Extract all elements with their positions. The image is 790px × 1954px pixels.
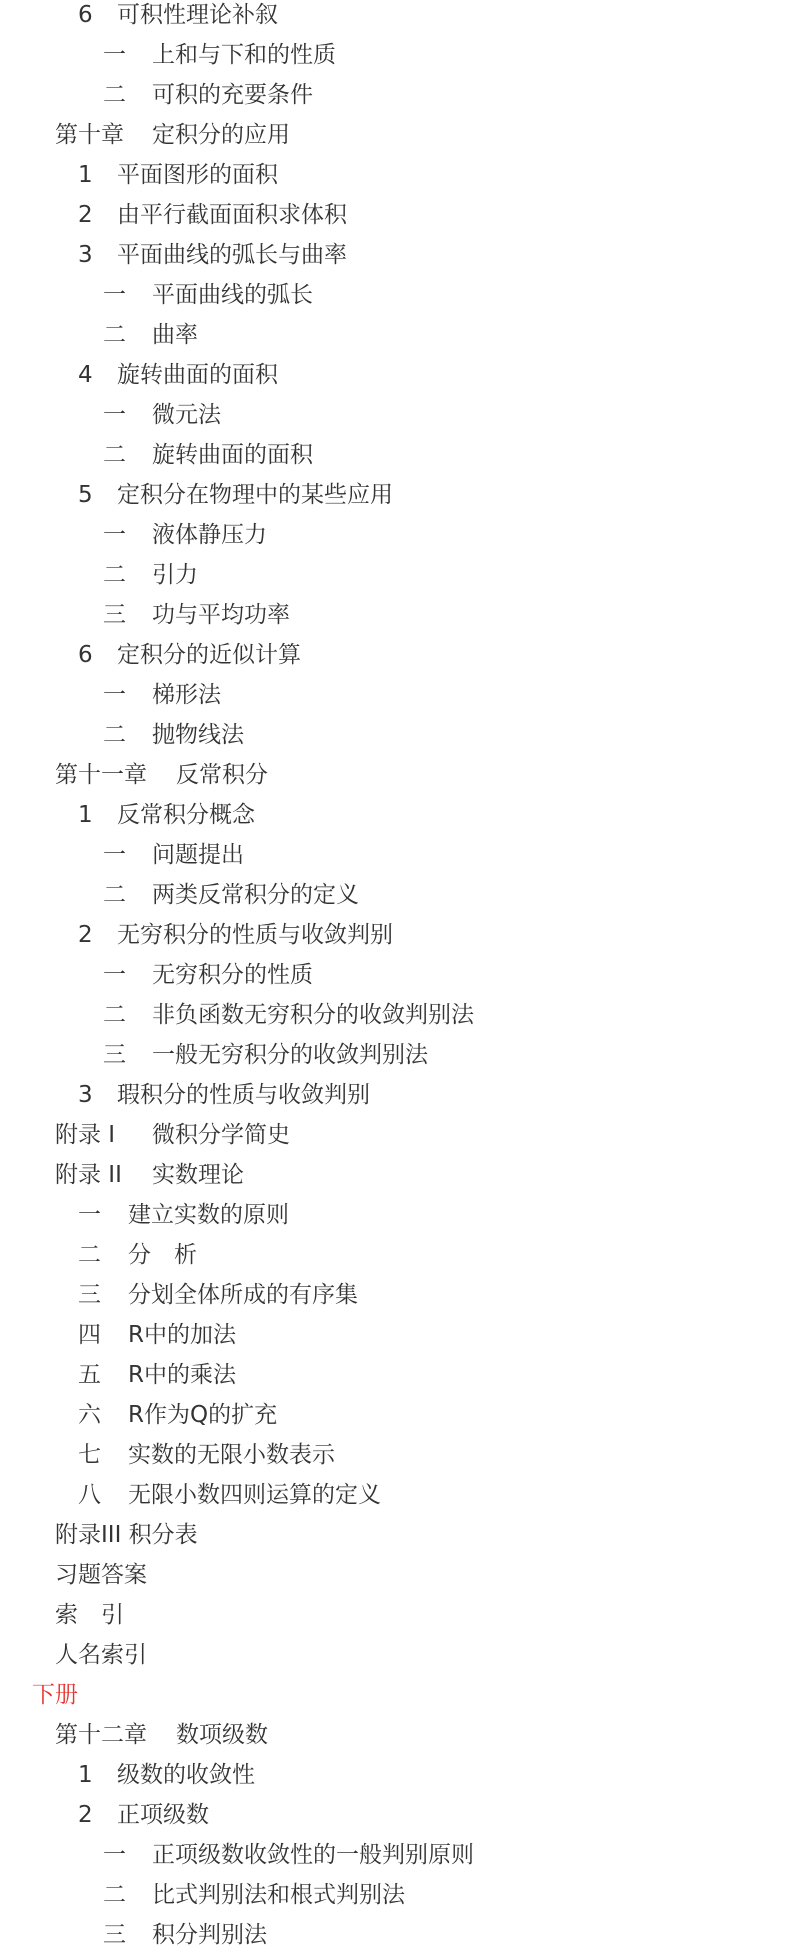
subsection-entry[interactable]: 一梯形法	[0, 675, 790, 715]
entry-title: 平面曲线的弧长	[152, 275, 313, 315]
subsection-entry[interactable]: 二非负函数无穷积分的收敛判别法	[0, 995, 790, 1035]
entry-title: 旋转曲面的面积	[152, 435, 313, 475]
section-entry[interactable]: 2无穷积分的性质与收敛判别	[0, 915, 790, 955]
entry-number: 二	[103, 715, 126, 755]
entry-title: 定积分的近似计算	[117, 635, 301, 675]
entry-number: 一	[103, 35, 126, 75]
entry-title: 无限小数四则运算的定义	[128, 1475, 381, 1515]
entry-title: 分 析	[128, 1235, 197, 1275]
entry-number: 三	[78, 1275, 101, 1315]
entry-number: 2	[78, 195, 93, 235]
entry-title: 人名索引	[55, 1635, 147, 1675]
appendix-subsection-entry[interactable]: 二分 析	[0, 1235, 790, 1275]
subsection-entry[interactable]: 二抛物线法	[0, 715, 790, 755]
appendix-subsection-entry[interactable]: 一建立实数的原则	[0, 1195, 790, 1235]
subsection-entry[interactable]: 三功与平均功率	[0, 595, 790, 635]
entry-title: 瑕积分的性质与收敛判别	[117, 1075, 370, 1115]
subsection-entry[interactable]: 一上和与下和的性质	[0, 35, 790, 75]
entry-title: 液体静压力	[152, 515, 267, 555]
entry-number: 二	[103, 875, 126, 915]
subsection-entry[interactable]: 一问题提出	[0, 835, 790, 875]
section-entry[interactable]: 3瑕积分的性质与收敛判别	[0, 1075, 790, 1115]
entry-title: 下册	[32, 1675, 78, 1715]
entry-number: 附录 II	[55, 1155, 122, 1195]
entry-number: 6	[78, 0, 93, 35]
entry-number: 1	[78, 1755, 93, 1795]
entry-number: 一	[103, 515, 126, 555]
entry-number: 五	[78, 1355, 101, 1395]
section-entry[interactable]: 1级数的收敛性	[0, 1755, 790, 1795]
entry-number: 6	[78, 635, 93, 675]
entry-title: 积分判别法	[152, 1915, 267, 1954]
entry-title: 平面曲线的弧长与曲率	[117, 235, 347, 275]
entry-title: R作为Q的扩充	[128, 1395, 277, 1435]
entry-number: 三	[103, 1035, 126, 1075]
entry-title: 附录III 积分表	[55, 1515, 198, 1555]
subsection-entry[interactable]: 二可积的充要条件	[0, 75, 790, 115]
appendix-subsection-entry[interactable]: 七实数的无限小数表示	[0, 1435, 790, 1475]
entry-number: 2	[78, 1795, 93, 1835]
entry-number: 一	[103, 395, 126, 435]
entry-number: 一	[103, 955, 126, 995]
entry-title: 抛物线法	[152, 715, 244, 755]
chapter-entry[interactable]: 附录 I微积分学简史	[0, 1115, 790, 1155]
chapter-entry[interactable]: 第十章定积分的应用	[0, 115, 790, 155]
entry-title: 梯形法	[152, 675, 221, 715]
entry-title: R中的乘法	[128, 1355, 236, 1395]
entry-number: 二	[78, 1235, 101, 1275]
entry-title: 级数的收敛性	[117, 1755, 255, 1795]
entry-title: 两类反常积分的定义	[152, 875, 359, 915]
entry-title: 习题答案	[55, 1555, 147, 1595]
volume-heading[interactable]: 下册	[0, 1675, 790, 1715]
appendix-subsection-entry[interactable]: 三分划全体所成的有序集	[0, 1275, 790, 1315]
appendix-subsection-entry[interactable]: 八无限小数四则运算的定义	[0, 1475, 790, 1515]
entry-number: 2	[78, 915, 93, 955]
entry-title: 非负函数无穷积分的收敛判别法	[152, 995, 474, 1035]
entry-number: 六	[78, 1395, 101, 1435]
entry-number: 三	[103, 1915, 126, 1954]
entry-number: 5	[78, 475, 93, 515]
subsection-entry[interactable]: 二曲率	[0, 315, 790, 355]
entry-title: 定积分在物理中的某些应用	[117, 475, 393, 515]
subsection-entry[interactable]: 一液体静压力	[0, 515, 790, 555]
subsection-entry[interactable]: 二两类反常积分的定义	[0, 875, 790, 915]
entry-title: 建立实数的原则	[128, 1195, 289, 1235]
section-entry[interactable]: 6可积性理论补叙	[0, 0, 790, 35]
entry-title: 一般无穷积分的收敛判别法	[152, 1035, 428, 1075]
subsection-entry[interactable]: 二引力	[0, 555, 790, 595]
entry-title: 实数的无限小数表示	[128, 1435, 335, 1475]
entry-number: 二	[103, 1875, 126, 1915]
entry-title: 无穷积分的性质	[152, 955, 313, 995]
chapter-entry[interactable]: 第十一章反常积分	[0, 755, 790, 795]
entry-number: 一	[103, 675, 126, 715]
appendix-subsection-entry[interactable]: 四R中的加法	[0, 1315, 790, 1355]
entry-title: 比式判别法和根式判别法	[152, 1875, 405, 1915]
entry-number: 四	[78, 1315, 101, 1355]
entry-title: 数项级数	[176, 1715, 268, 1755]
entry-title: 问题提出	[152, 835, 244, 875]
table-of-contents: 6可积性理论补叙一上和与下和的性质二可积的充要条件第十章定积分的应用1平面图形的…	[0, 0, 790, 1954]
entry-number: 二	[103, 75, 126, 115]
entry-title: 定积分的应用	[152, 115, 290, 155]
entry-number: 一	[78, 1195, 101, 1235]
entry-title: 功与平均功率	[152, 595, 290, 635]
entry-title: 可积的充要条件	[152, 75, 313, 115]
entry-title: 曲率	[152, 315, 198, 355]
appendix-subsection-entry[interactable]: 六R作为Q的扩充	[0, 1395, 790, 1435]
subsection-entry[interactable]: 三积分判别法	[0, 1915, 790, 1954]
entry-number: 附录 I	[55, 1115, 115, 1155]
entry-title: 索 引	[55, 1595, 124, 1635]
entry-number: 二	[103, 315, 126, 355]
toc-entry[interactable]: 人名索引	[0, 1635, 790, 1675]
entry-title: R中的加法	[128, 1315, 236, 1355]
toc-entry[interactable]: 索 引	[0, 1595, 790, 1635]
section-entry[interactable]: 1反常积分概念	[0, 795, 790, 835]
subsection-entry[interactable]: 一正项级数收敛性的一般判别原则	[0, 1835, 790, 1875]
entry-title: 正项级数收敛性的一般判别原则	[152, 1835, 474, 1875]
entry-title: 可积性理论补叙	[117, 0, 278, 35]
toc-entry[interactable]: 附录III 积分表	[0, 1515, 790, 1555]
entry-title: 分划全体所成的有序集	[128, 1275, 358, 1315]
entry-number: 第十一章	[55, 755, 147, 795]
entry-title: 无穷积分的性质与收敛判别	[117, 915, 393, 955]
entry-title: 正项级数	[117, 1795, 209, 1835]
section-entry[interactable]: 1平面图形的面积	[0, 155, 790, 195]
entry-title: 旋转曲面的面积	[117, 355, 278, 395]
entry-number: 二	[103, 435, 126, 475]
entry-number: 第十章	[55, 115, 124, 155]
entry-number: 二	[103, 555, 126, 595]
entry-number: 一	[103, 835, 126, 875]
subsection-entry[interactable]: 一微元法	[0, 395, 790, 435]
section-entry[interactable]: 6定积分的近似计算	[0, 635, 790, 675]
entry-title: 实数理论	[152, 1155, 244, 1195]
section-entry[interactable]: 5定积分在物理中的某些应用	[0, 475, 790, 515]
subsection-entry[interactable]: 三一般无穷积分的收敛判别法	[0, 1035, 790, 1075]
entry-title: 由平行截面面积求体积	[117, 195, 347, 235]
entry-title: 平面图形的面积	[117, 155, 278, 195]
entry-number: 一	[103, 1835, 126, 1875]
entry-number: 4	[78, 355, 93, 395]
entry-number: 三	[103, 595, 126, 635]
entry-number: 二	[103, 995, 126, 1035]
entry-title: 反常积分概念	[117, 795, 255, 835]
subsection-entry[interactable]: 一平面曲线的弧长	[0, 275, 790, 315]
entry-number: 1	[78, 795, 93, 835]
subsection-entry[interactable]: 二旋转曲面的面积	[0, 435, 790, 475]
entry-number: 3	[78, 235, 93, 275]
subsection-entry[interactable]: 一无穷积分的性质	[0, 955, 790, 995]
toc-entry[interactable]: 习题答案	[0, 1555, 790, 1595]
section-entry[interactable]: 2正项级数	[0, 1795, 790, 1835]
entry-number: 一	[103, 275, 126, 315]
appendix-subsection-entry[interactable]: 五R中的乘法	[0, 1355, 790, 1395]
entry-number: 第十二章	[55, 1715, 147, 1755]
section-entry[interactable]: 3平面曲线的弧长与曲率	[0, 235, 790, 275]
subsection-entry[interactable]: 二比式判别法和根式判别法	[0, 1875, 790, 1915]
entry-number: 3	[78, 1075, 93, 1115]
entry-number: 1	[78, 155, 93, 195]
entry-title: 反常积分	[176, 755, 268, 795]
section-entry[interactable]: 4旋转曲面的面积	[0, 355, 790, 395]
entry-title: 微元法	[152, 395, 221, 435]
entry-title: 微积分学简史	[152, 1115, 290, 1155]
entry-title: 上和与下和的性质	[152, 35, 336, 75]
entry-number: 八	[78, 1475, 101, 1515]
chapter-entry[interactable]: 第十二章数项级数	[0, 1715, 790, 1755]
section-entry[interactable]: 2由平行截面面积求体积	[0, 195, 790, 235]
chapter-entry[interactable]: 附录 II实数理论	[0, 1155, 790, 1195]
entry-title: 引力	[152, 555, 198, 595]
entry-number: 七	[78, 1435, 101, 1475]
